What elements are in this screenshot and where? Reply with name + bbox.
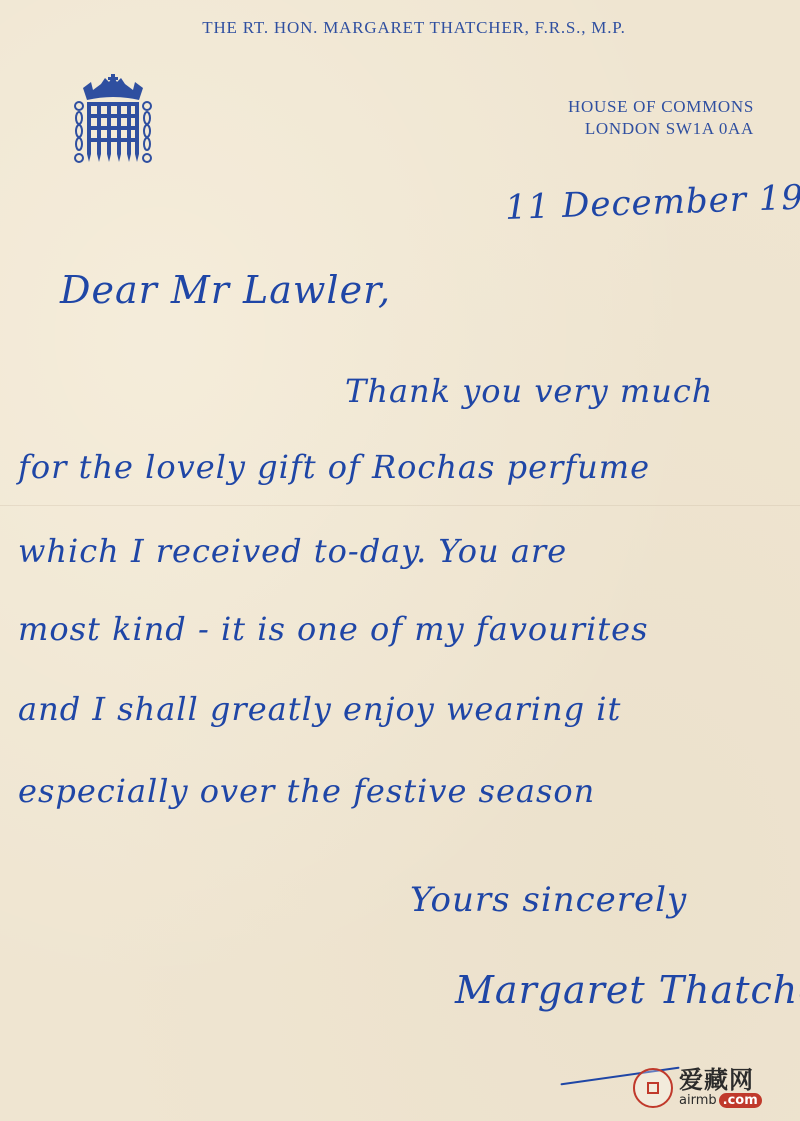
body-line: Thank you very much [345,372,713,410]
body-line: most kind - it is one of my favourites [18,610,649,648]
body-line: and I shall greatly enjoy wearing it [18,690,621,728]
address-line-2: LONDON SW1A 0AA [568,118,754,140]
body-line: which I received to-day. You are [18,532,567,570]
salutation: Dear Mr Lawler, [60,268,391,312]
watermark-en-text: airmb [679,1093,717,1108]
paper-fold-line [0,505,800,506]
coin-seal-icon [633,1068,673,1108]
body-line: especially over the festive season [18,772,595,810]
watermark-domain-suffix: .com [719,1093,762,1108]
address-line-1: HOUSE OF COMMONS [568,96,754,118]
body-line: for the lovely gift of Rochas perfume [18,448,650,486]
letterhead-address: HOUSE OF COMMONS LONDON SW1A 0AA [568,96,754,140]
letterhead-name: THE RT. HON. MARGARET THATCHER, F.R.S., … [0,18,800,38]
letter-date: 11 December 1990 [504,176,800,228]
watermark-cn-text: 爱藏网 [679,1068,762,1092]
watermark-logo: 爱藏网 airmb.com [633,1060,798,1115]
portcullis-crown-icon [71,74,155,172]
signature: Margaret Thatcher [455,968,800,1012]
closing: Yours sincerely [410,880,687,920]
